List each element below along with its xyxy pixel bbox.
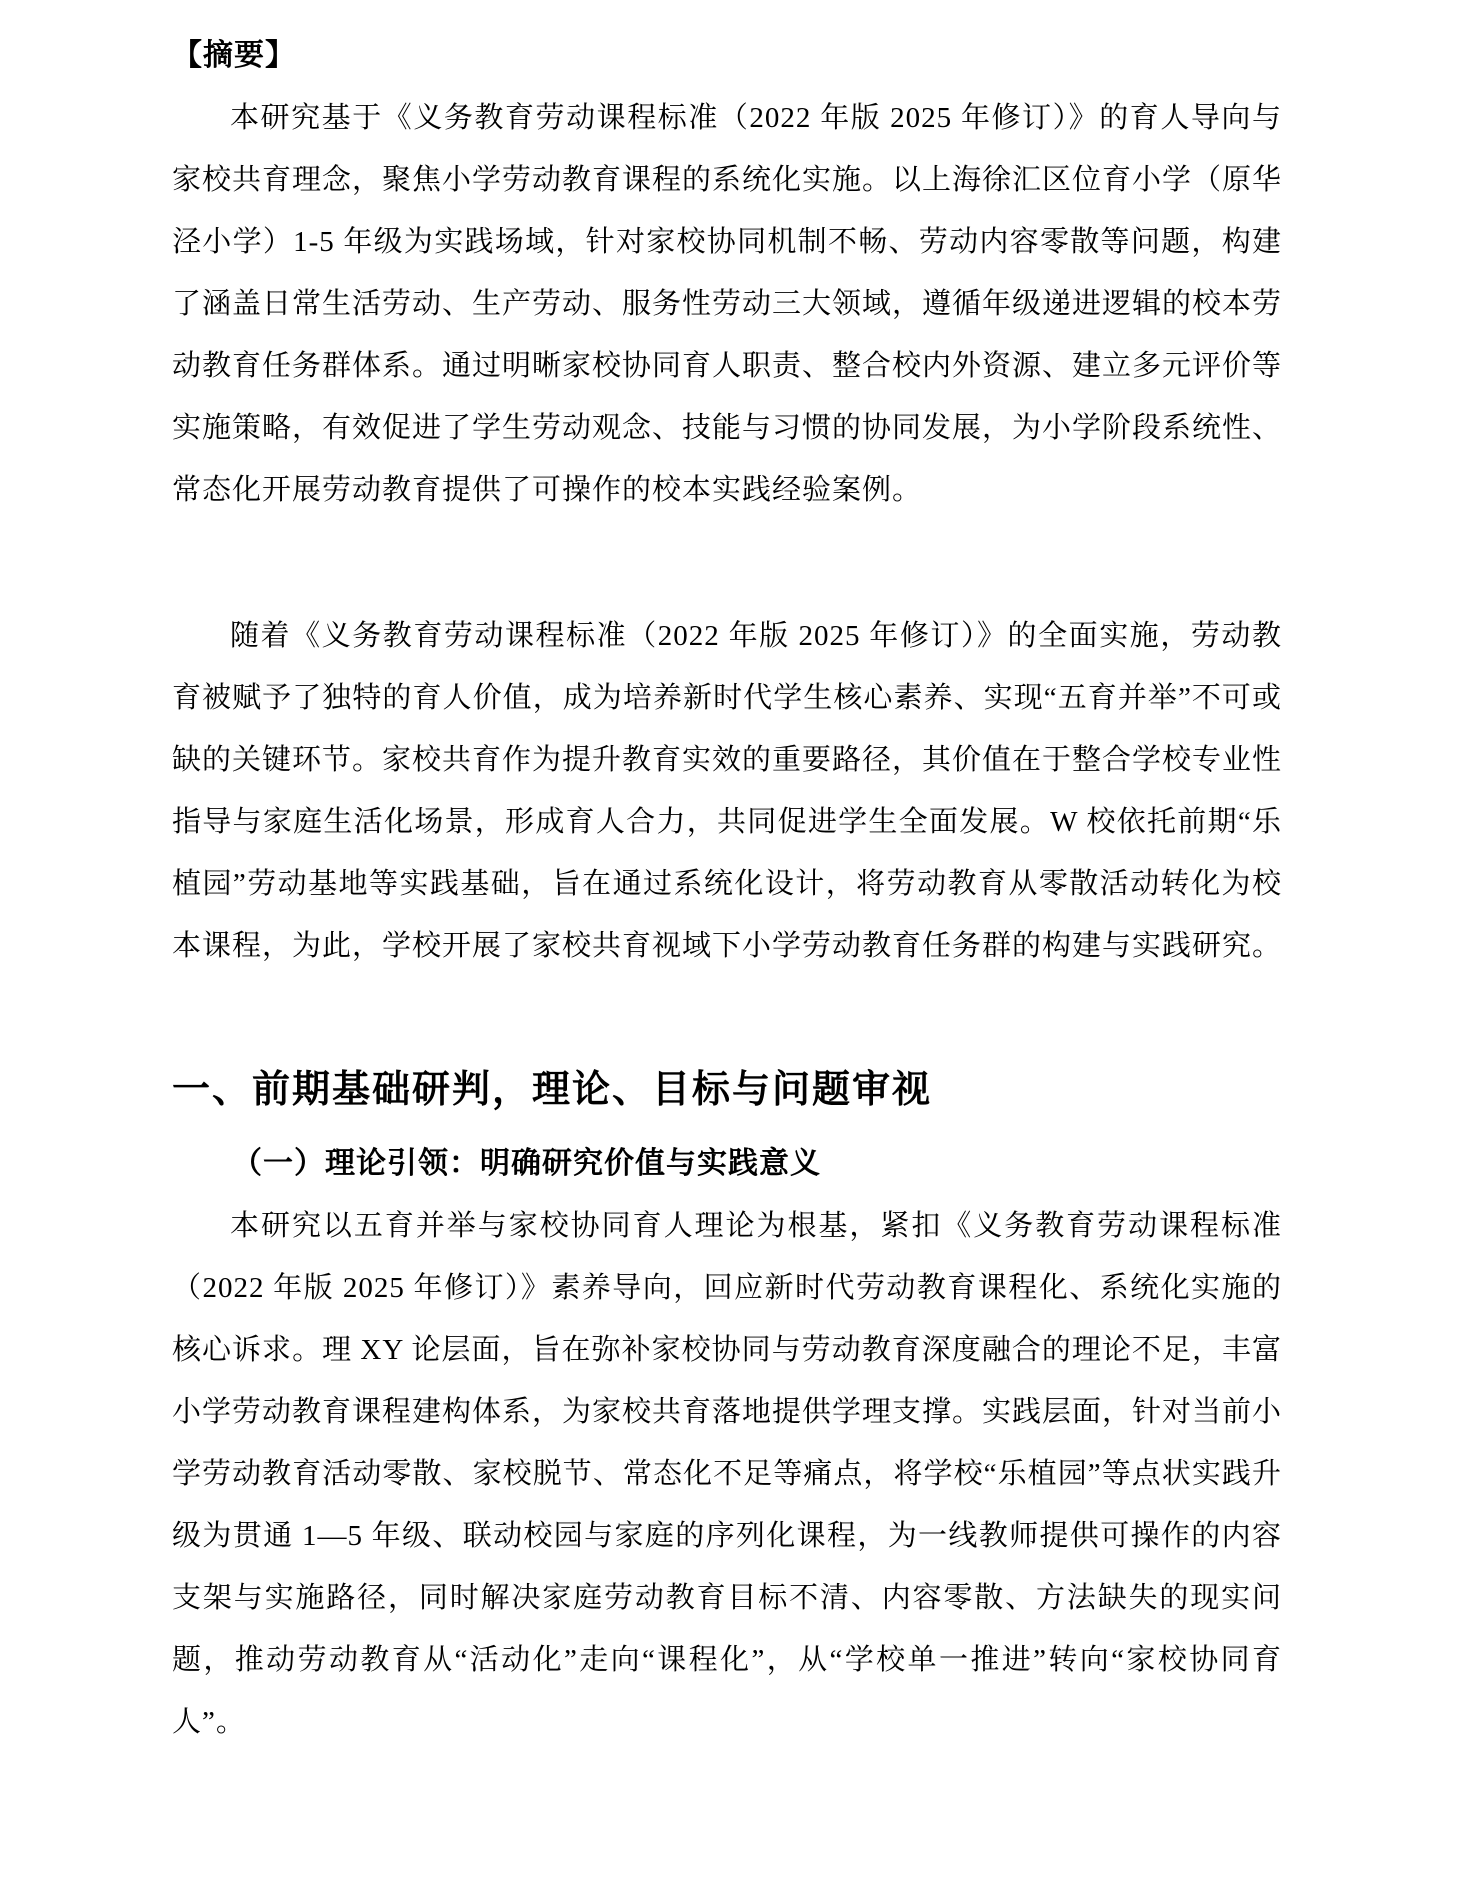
abstract-label: 【摘要】 [172, 25, 1282, 87]
intro-paragraph: 随着《义务教育劳动课程标准（2022 年版 2025 年修订）》的全面实施，劳动… [172, 605, 1282, 977]
section-body-paragraph: 本研究以五育并举与家校协同育人理论为根基，紧扣《义务教育劳动课程标准（2022 … [172, 1195, 1282, 1753]
document-page: 【摘要】 本研究基于《义务教育劳动课程标准（2022 年版 2025 年修订）》… [0, 0, 1472, 1886]
abstract-paragraph: 本研究基于《义务教育劳动课程标准（2022 年版 2025 年修订）》的育人导向… [172, 87, 1282, 521]
section-heading: 一、前期基础研判，理论、目标与问题审视 [172, 1050, 1282, 1130]
subsection-heading: （一）理论引领：明确研究价值与实践意义 [172, 1133, 1282, 1195]
